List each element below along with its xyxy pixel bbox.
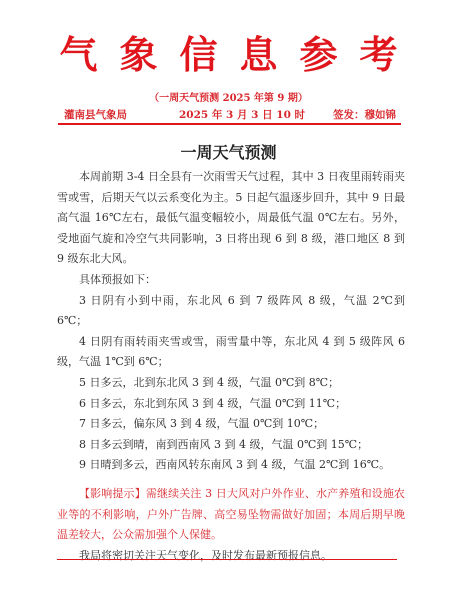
issue-subtitle: （一周天气预测 2025 年第 9 期） [0, 89, 457, 104]
masthead-title: 气象信息参考 [0, 34, 457, 76]
forecast-intro: 具体预报如下： [57, 270, 405, 291]
forecast-day-5: 5 日多云，北到东北风 3 到 4 级，气温 0℃到 8℃； [57, 373, 405, 394]
meta-row: 灌南县气象局 2025 年 3 月 3 日 10 时 签发：穆如锦 [64, 107, 396, 121]
summary-paragraph: 本周前期 3-4 日全县有一次雨雪天气过程，其中 3 日夜里雨转雨夹雪或雪，后期… [57, 167, 405, 270]
issue-time: 2025 年 3 月 3 日 10 时 [179, 107, 305, 122]
footer-divider [57, 559, 397, 560]
issuer: 灌南县气象局 [64, 107, 127, 122]
forecast-day-4: 4 日阴有雨转雨夹雪或雪，雨雪量中等，东北风 4 到 5 级阵风 6 级，气温 … [57, 332, 405, 373]
impact-notice: 【影响提示】需继续关注 3 日大风对户外作业、水产养殖和设施农业等的不利影响，户… [57, 484, 405, 546]
forecast-day-7: 7 日多云，偏东风 3 到 4 级，气温 0℃到 10℃； [57, 414, 405, 435]
forecast-day-9: 9 日晴到多云，西南风转东南风 3 到 4 级，气温 2℃到 16℃。 [57, 455, 405, 476]
header-divider [58, 123, 401, 125]
forecast-day-8: 8 日多云到晴，南到西南风 3 到 4 级，气温 0℃到 15℃； [57, 435, 405, 456]
forecast-day-6: 6 日多云，东北到东风 3 到 4 级，气温 0℃到 11℃； [57, 394, 405, 415]
signed-by: 签发：穆如锦 [333, 107, 396, 122]
document-title: 一周天气预测 [0, 140, 457, 163]
document-body: 本周前期 3-4 日全县有一次雨雪天气过程，其中 3 日夜里雨转雨夹雪或雪，后期… [57, 167, 405, 566]
closing-statement: 我局将密切关注天气变化，及时发布最新预报信息。 [57, 546, 405, 567]
forecast-day-3: 3 日阴有小到中雨，东北风 6 到 7 级阵风 8 级，气温 2℃到 6℃； [57, 291, 405, 332]
